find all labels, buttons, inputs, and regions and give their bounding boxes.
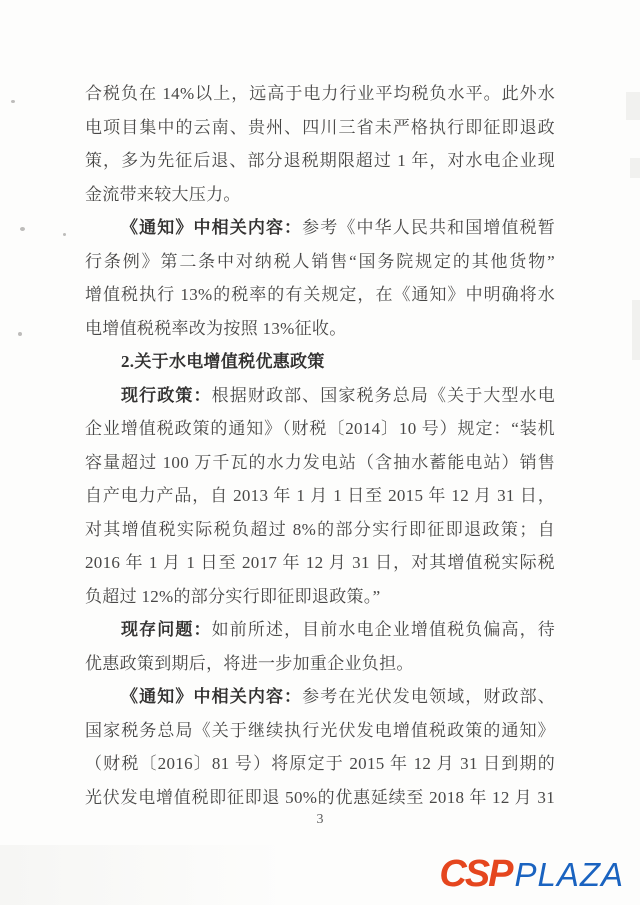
text-line: 光伏发电增值税即征即退 50%的优惠延续至 2018 年 12 月 31 [85,781,555,815]
text-line: （财税〔2016〕81 号）将原定于 2015 年 12 月 31 日到期的 [85,747,555,781]
text-line: 现存问题：如前所述，目前水电企业增值税负偏高，待 [85,613,555,647]
text-line: 电项目集中的云南、贵州、四川三省未严格执行即征即退政 [85,111,555,145]
text-line: 策，多为先征后退、部分退税期限超过 1 年，对水电企业现 [85,144,555,178]
text-line: 国家税务总局《关于继续执行光伏发电增值税政策的通知》 [85,714,555,748]
text-line: 增值税执行 13%的税率的有关规定，在《通知》中明确将水 [85,278,555,312]
scan-patch [630,158,640,178]
text-line: 自产电力产品，自 2013 年 1 月 1 日至 2015 年 12 月 31 … [85,479,555,513]
text-line: 对其增值税实际税负超过 8%的部分实行即征即退政策；自 [85,513,555,547]
text-line: 电增值税税率改为按照 13%征收。 [85,312,555,346]
scan-speck [63,233,66,236]
text-line: 《通知》中相关内容：参考《中华人民共和国增值税暂 [85,211,555,245]
page-number: 3 [0,812,640,828]
scan-shade [0,845,320,905]
scan-speck [20,227,25,231]
scan-speck [11,100,15,103]
text-line: 负超过 12%的部分实行即征即退政策。” [85,580,555,614]
logo-csp-text: CSP [439,855,511,893]
scan-patch [632,300,640,360]
text-line: 行条例》第二条中对纳税人销售“国务院规定的其他货物” [85,245,555,279]
scan-patch [626,92,640,120]
text-line: 容量超过 100 万千瓦的水力发电站（含抽水蓄能电站）销售 [85,446,555,480]
text-line: 金流带来较大压力。 [85,178,555,212]
csp-plaza-logo: CSP PLAZA [439,855,624,893]
document-body: 合税负在 14%以上，远高于电力行业平均税负水平。此外水 电项目集中的云南、贵州… [85,77,555,814]
text-line: 《通知》中相关内容：参考在光伏发电领域，财政部、 [85,680,555,714]
scan-speck [18,332,22,336]
text-line: 企业增值税政策的通知》（财税〔2014〕10 号）规定：“装机 [85,412,555,446]
scanned-document-page: 合税负在 14%以上，远高于电力行业平均税负水平。此外水 电项目集中的云南、贵州… [0,0,640,905]
text-line: 优惠政策到期后，将进一步加重企业负担。 [85,647,555,681]
text-line: 现行政策：根据财政部、国家税务总局《关于大型水电 [85,379,555,413]
text-line: 合税负在 14%以上，远高于电力行业平均税负水平。此外水 [85,77,555,111]
text-line: 2016 年 1 月 1 日至 2017 年 12 月 31 日，对其增值税实际… [85,546,555,580]
section-heading: 2.关于水电增值税优惠政策 [85,345,555,379]
logo-plaza-text: PLAZA [514,858,624,891]
